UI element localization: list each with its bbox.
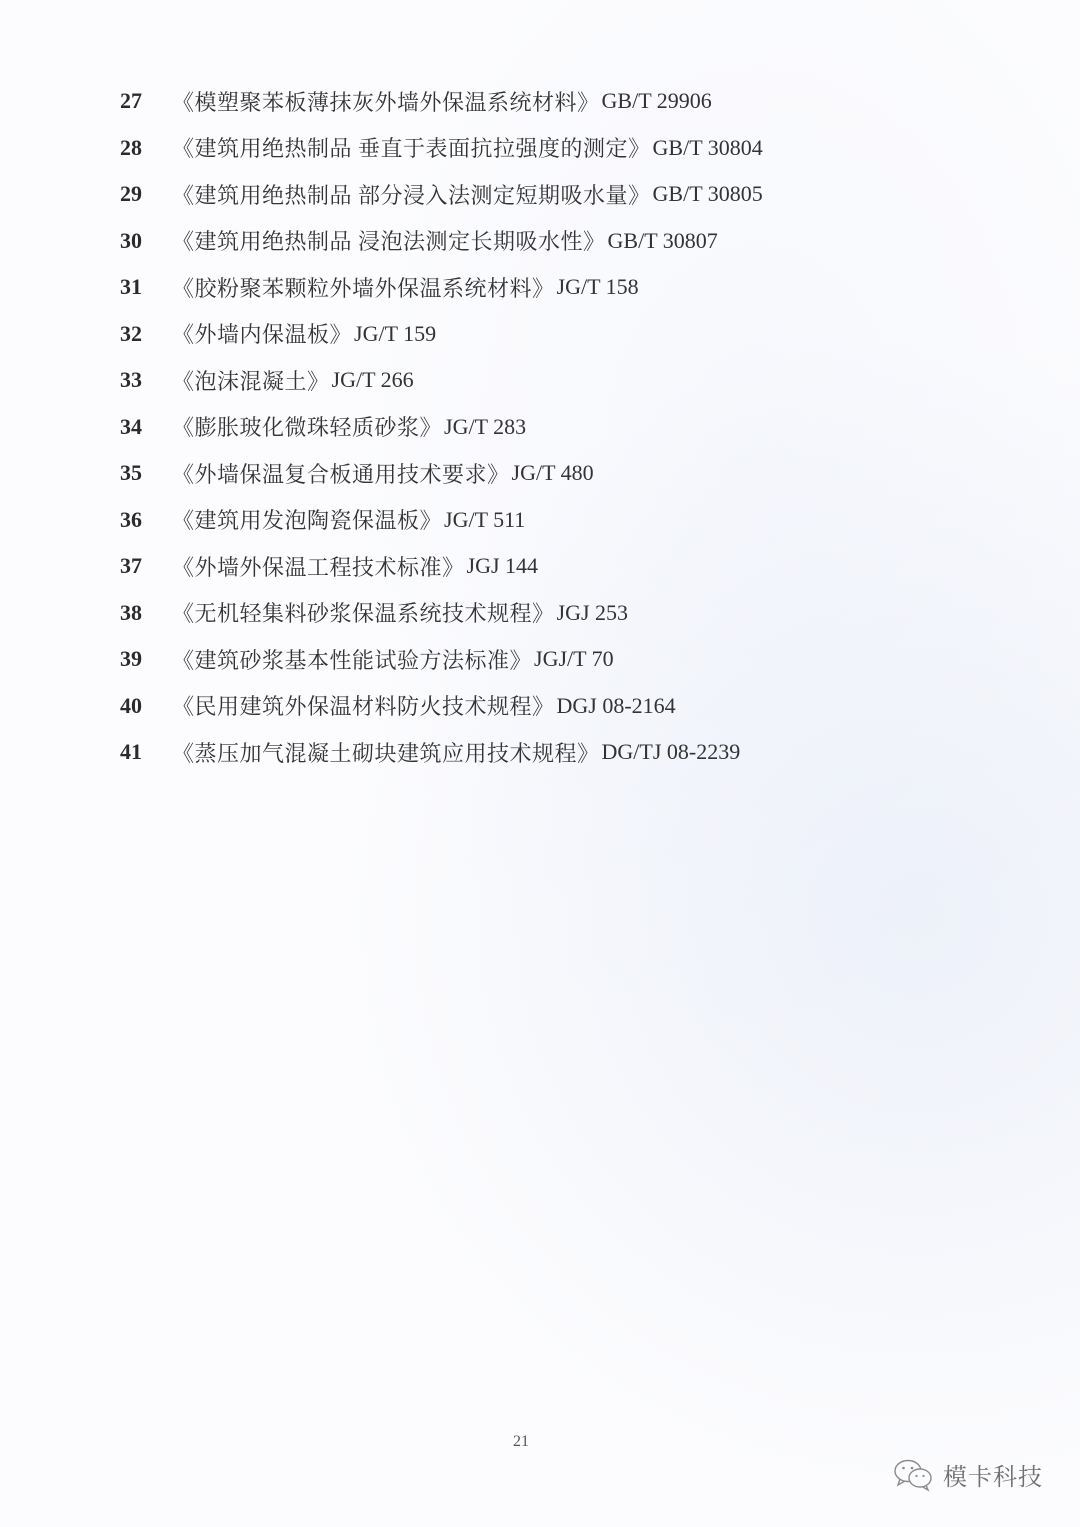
reference-item: 41 《蒸压加气混凝土砌块建筑应用技术规程》 DG/TJ 08-2239 (120, 729, 763, 776)
reference-code: JG/T 266 (332, 367, 414, 393)
reference-code: JGJ/T 70 (534, 646, 614, 672)
reference-number: 36 (120, 507, 172, 533)
reference-item: 39 《建筑砂浆基本性能试验方法标准》 JGJ/T 70 (120, 636, 763, 683)
reference-number: 35 (120, 460, 172, 486)
reference-title: 《建筑用发泡陶瓷保温板》 (172, 504, 442, 535)
reference-number: 37 (120, 553, 172, 579)
reference-item: 38 《无机轻集料砂浆保温系统技术规程》 JGJ 253 (120, 590, 763, 637)
reference-title: 《外墙保温复合板通用技术要求》 (172, 458, 510, 489)
reference-item: 32 《外墙内保温板》 JG/T 159 (120, 311, 763, 358)
reference-number: 32 (120, 321, 172, 347)
reference-item: 34 《膨胀玻化微珠轻质砂浆》 JG/T 283 (120, 404, 763, 451)
reference-item: 40 《民用建筑外保温材料防火技术规程》 DGJ 08-2164 (120, 683, 763, 730)
reference-code: JG/T 480 (512, 460, 594, 486)
reference-title: 《膨胀玻化微珠轻质砂浆》 (172, 411, 442, 442)
reference-item: 33 《泡沫混凝土》 JG/T 266 (120, 357, 763, 404)
reference-title: 《蒸压加气混凝土砌块建筑应用技术规程》 (172, 737, 600, 768)
reference-title: 《外墙内保温板》 (172, 318, 352, 349)
reference-title: 《无机轻集料砂浆保温系统技术规程》 (172, 597, 555, 628)
reference-code: JG/T 511 (444, 507, 525, 533)
page-number: 21 (513, 1433, 529, 1451)
reference-number: 28 (120, 135, 172, 161)
reference-number: 31 (120, 274, 172, 300)
reference-title: 《外墙外保温工程技术标准》 (172, 551, 465, 582)
reference-code: JGJ 253 (557, 600, 629, 626)
reference-number: 27 (120, 88, 172, 114)
reference-title: 《胶粉聚苯颗粒外墙外保温系统材料》 (172, 272, 555, 303)
watermark: 模卡科技 (893, 1457, 1043, 1492)
reference-item: 37 《外墙外保温工程技术标准》 JGJ 144 (120, 543, 763, 590)
reference-code: JG/T 159 (354, 321, 436, 347)
reference-number: 41 (120, 739, 172, 765)
reference-item: 29 《建筑用绝热制品 部分浸入法测定短期吸水量》 GB/T 30805 (120, 171, 763, 218)
reference-code: GB/T 30804 (653, 135, 763, 161)
reference-code: DGJ 08-2164 (557, 693, 676, 719)
reference-title: 《建筑砂浆基本性能试验方法标准》 (172, 644, 532, 675)
reference-number: 38 (120, 600, 172, 626)
reference-number: 33 (120, 367, 172, 393)
reference-title: 《泡沫混凝土》 (172, 365, 330, 396)
reference-item: 31 《胶粉聚苯颗粒外墙外保温系统材料》 JG/T 158 (120, 264, 763, 311)
reference-title: 《模塑聚苯板薄抹灰外墙外保温系统材料》 (172, 86, 600, 117)
reference-code: GB/T 30805 (653, 181, 763, 207)
reference-item: 27 《模塑聚苯板薄抹灰外墙外保温系统材料》 GB/T 29906 (120, 78, 763, 125)
reference-title: 《民用建筑外保温材料防火技术规程》 (172, 690, 555, 721)
reference-code: JGJ 144 (467, 553, 539, 579)
reference-code: DG/TJ 08-2239 (602, 739, 741, 765)
reference-number: 30 (120, 228, 172, 254)
reference-item: 30 《建筑用绝热制品 浸泡法测定长期吸水性》 GB/T 30807 (120, 218, 763, 265)
reference-number: 34 (120, 414, 172, 440)
reference-number: 40 (120, 693, 172, 719)
reference-code: GB/T 30807 (608, 228, 718, 254)
wechat-icon (893, 1458, 935, 1492)
reference-code: GB/T 29906 (602, 88, 712, 114)
reference-title: 《建筑用绝热制品 部分浸入法测定短期吸水量》 (172, 179, 651, 210)
reference-item: 35 《外墙保温复合板通用技术要求》 JG/T 480 (120, 450, 763, 497)
reference-title: 《建筑用绝热制品 浸泡法测定长期吸水性》 (172, 225, 606, 256)
reference-item: 28 《建筑用绝热制品 垂直于表面抗拉强度的测定》 GB/T 30804 (120, 125, 763, 172)
reference-code: JG/T 158 (557, 274, 639, 300)
reference-code: JG/T 283 (444, 414, 526, 440)
reference-number: 29 (120, 181, 172, 207)
watermark-text: 模卡科技 (943, 1457, 1043, 1492)
reference-item: 36 《建筑用发泡陶瓷保温板》 JG/T 511 (120, 497, 763, 544)
reference-number: 39 (120, 646, 172, 672)
reference-list: 27 《模塑聚苯板薄抹灰外墙外保温系统材料》 GB/T 29906 28 《建筑… (120, 78, 763, 776)
reference-title: 《建筑用绝热制品 垂直于表面抗拉强度的测定》 (172, 132, 651, 163)
